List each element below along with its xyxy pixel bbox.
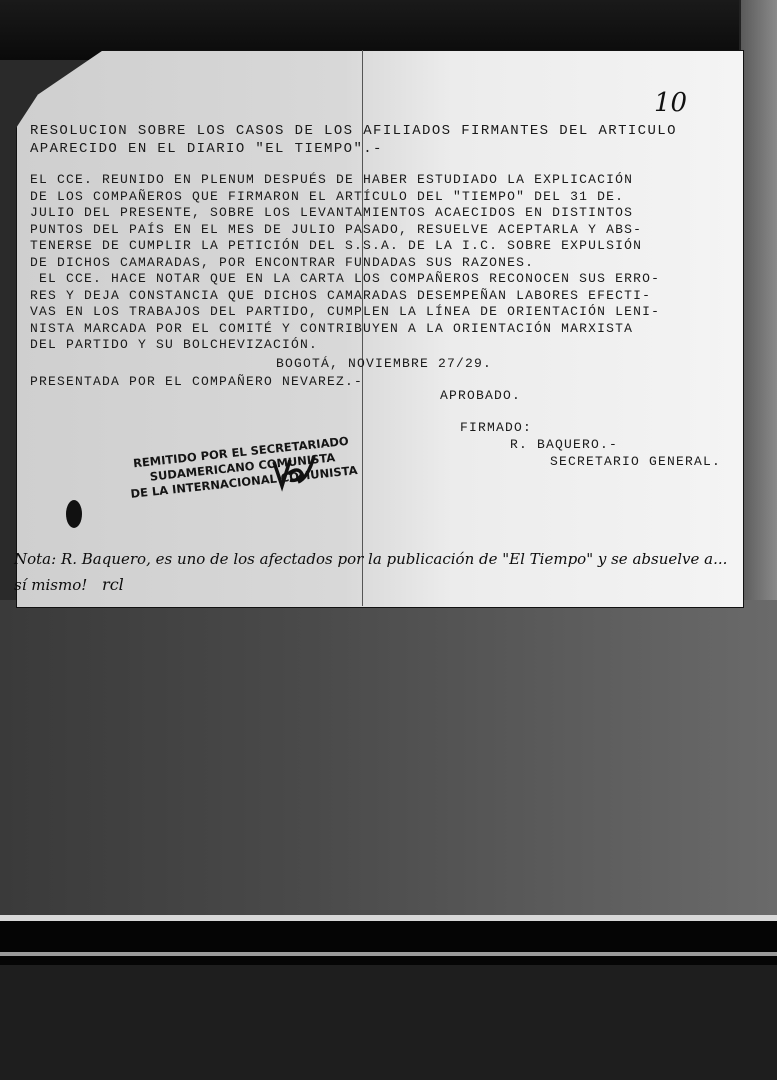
- handwritten-note: Nota: R. Baquero, es uno de los afectado…: [14, 546, 734, 598]
- scan-band-highlight: [0, 952, 777, 956]
- signed-label: FIRMADO:: [460, 420, 532, 437]
- handwritten-initials: rcl: [102, 572, 124, 598]
- page-number: 10: [654, 88, 687, 118]
- signer-name: R. BAQUERO.-: [510, 437, 618, 454]
- presented-by: PRESENTADA POR EL COMPAÑERO NEVAREZ.-: [30, 374, 363, 391]
- scan-background-bottom: [0, 965, 777, 1080]
- scan-background-middle: [0, 600, 777, 920]
- stamp-signature-icon: [268, 452, 316, 492]
- approval-status: APROBADO.: [440, 388, 521, 405]
- signer-title: SECRETARIO GENERAL.: [550, 454, 721, 471]
- scan-dark-band: [0, 915, 777, 971]
- document-date: BOGOTÁ, NOVIEMBRE 27/29.: [276, 356, 492, 373]
- resolution-body: EL CCE. REUNIDO EN PLENUM DESPUÉS DE HAB…: [30, 172, 660, 354]
- ink-blot: [66, 500, 82, 528]
- document-title: RESOLUCION SOBRE LOS CASOS DE LOS AFILIA…: [30, 122, 677, 158]
